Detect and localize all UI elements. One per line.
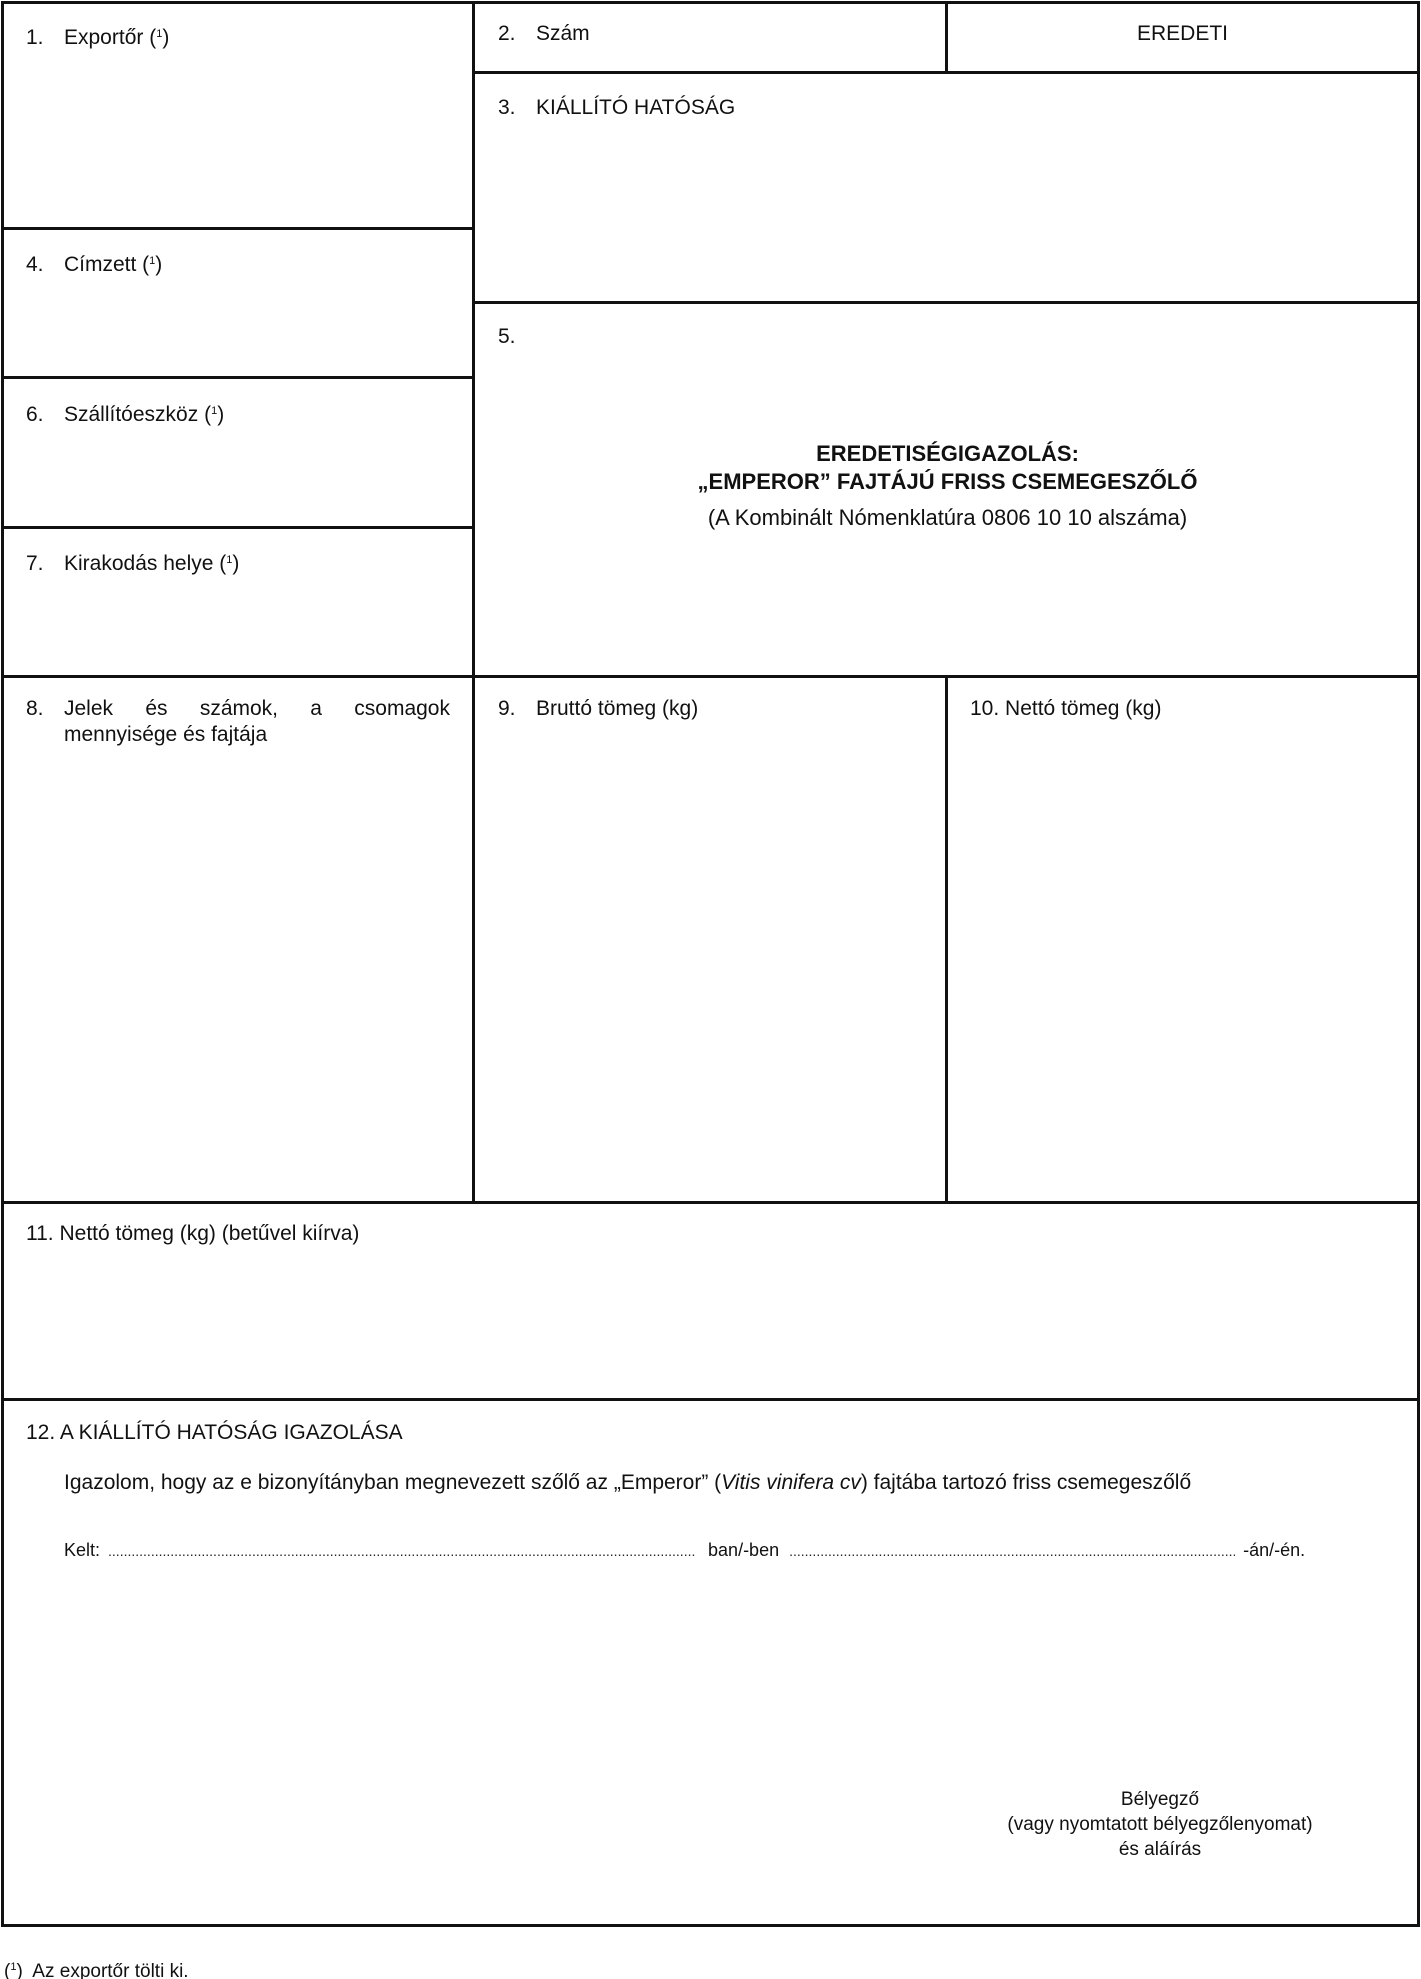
footnote: (1) Az exportőr tölti ki.	[4, 1955, 189, 1979]
field-12-certification-label: 12. A KIÁLLÍTÓ HATÓSÁG IGAZOLÁSA	[26, 1420, 403, 1446]
field-2-number-input[interactable]	[560, 4, 942, 70]
field-7-place-of-unloading-label: 7.Kirakodás helye (1)	[26, 547, 239, 577]
rule-under-field3	[472, 301, 1420, 304]
field-6-means-of-transport-input[interactable]	[4, 428, 470, 524]
field-8-marks-label: 8. Jelek és számok, a csomagok mennyiség…	[26, 696, 450, 748]
stamp-and-signature-area[interactable]: Bélyegző (vagy nyomtatott bélyegzőlenyom…	[960, 1787, 1360, 1862]
field-10-net-weight-input[interactable]	[949, 730, 1416, 1200]
rule-above-field12	[1, 1398, 1420, 1401]
border-right	[1417, 1, 1420, 1927]
field-7-place-of-unloading-input[interactable]	[4, 577, 470, 673]
field-1-exporter-label: 1.Exportőr (1)	[26, 21, 169, 51]
field-3-issuing-authority-label: 3.KIÁLLÍTÓ HATÓSÁG	[498, 95, 735, 121]
field-3-issuing-authority-input[interactable]	[476, 125, 1416, 299]
certificate-title: EREDETISÉGIGAZOLÁS:	[476, 440, 1419, 468]
field-1-exporter-input[interactable]	[4, 50, 470, 225]
original-label: EREDETI	[948, 21, 1417, 47]
field-11-net-weight-words-input[interactable]	[4, 1252, 1416, 1396]
field-12-statement: Igazolom, hogy az e bizonyítányban megne…	[64, 1470, 1191, 1496]
date-input[interactable]: ........................................…	[789, 1538, 1235, 1564]
field-10-net-weight-label: 10. Nettó tömeg (kg)	[970, 696, 1161, 722]
certificate-product: „EMPEROR” FAJTÁJÚ FRISS CSEMEGESZŐLŐ	[476, 468, 1419, 496]
certificate-subtitle: (A Kombinált Nómenklatúra 0806 10 10 als…	[476, 504, 1419, 532]
rule-above-field11	[1, 1201, 1420, 1204]
field-5-label: 5.	[498, 324, 536, 350]
field-6-means-of-transport-label: 6.Szállítóeszköz (1)	[26, 398, 224, 428]
field-9-gross-weight-label: 9.Bruttó tömeg (kg)	[498, 696, 698, 722]
field-4-consignee-input[interactable]	[4, 278, 470, 374]
field-11-net-weight-words-label: 11. Nettó tömeg (kg) (betűvel kiírva)	[26, 1221, 359, 1247]
rule-under-field6	[1, 526, 474, 529]
border-bottom	[1, 1924, 1420, 1927]
divider-left-column	[472, 1, 475, 1203]
rule-above-field8	[1, 675, 1420, 678]
field-4-consignee-label: 4.Címzett (1)	[26, 248, 162, 278]
divider-field9-field10	[945, 676, 948, 1203]
rule-under-field1	[1, 227, 474, 230]
rule-under-field4	[1, 376, 474, 379]
field-12-date-line: Kelt: ..................................…	[64, 1537, 1350, 1564]
place-input[interactable]: ........................................…	[108, 1538, 696, 1564]
rule-under-field2	[472, 71, 1420, 74]
certificate-title-block: EREDETISÉGIGAZOLÁS: „EMPEROR” FAJTÁJÚ FR…	[476, 440, 1419, 532]
field-8-marks-input[interactable]	[4, 760, 470, 1200]
field-9-gross-weight-input[interactable]	[476, 730, 943, 1200]
